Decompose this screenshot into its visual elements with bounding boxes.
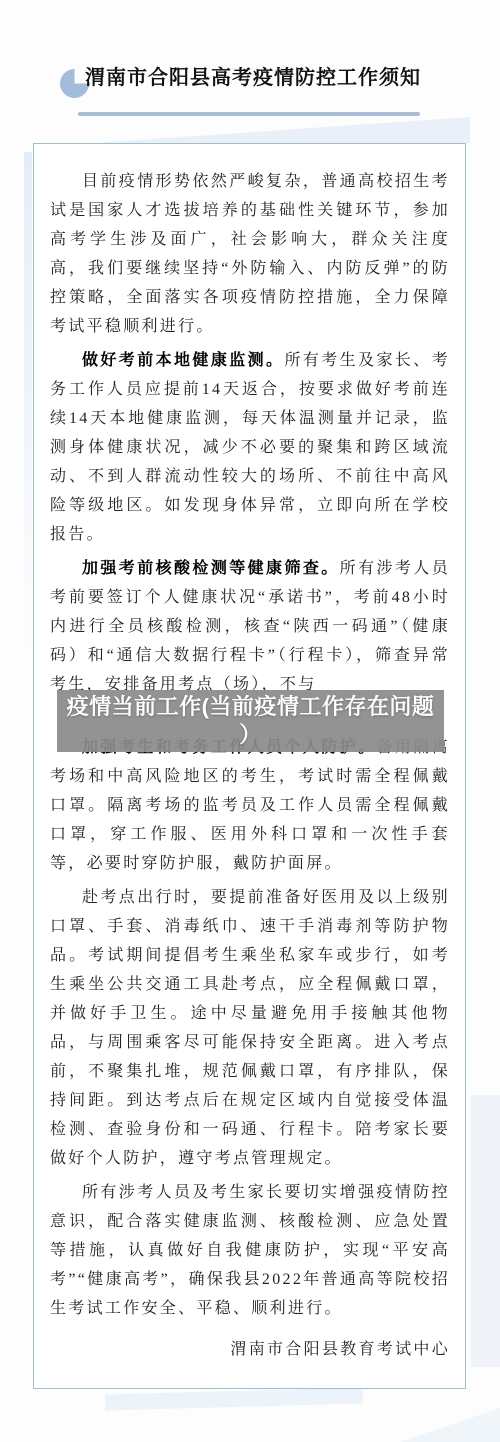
notice-page: 渭南市合阳县高考疫情防控工作须知 目前疫情形势依然严峻复杂，普通高校招生考试是国…	[0, 0, 500, 1442]
paragraph-heading: 加强考前核酸检测等健康筛查。	[82, 560, 340, 577]
paragraph-closing: 所有涉考人员及考生家长要切实增强疫情防控意识，配合落实健康监测、核酸检测、应急处…	[50, 1178, 450, 1323]
paragraph-nucleic-screening: 加强考前核酸检测等健康筛查。所有涉考人员考前要签订个人健康状况“承诺书”，考前4…	[50, 554, 450, 699]
bg-right-band	[471, 1095, 500, 1367]
title-underline	[78, 112, 420, 116]
paragraph-text: 备用隔离考场和中高风险地区的考生，考试时需全程佩戴口罩。隔离考场的监考员及工作人…	[50, 739, 450, 872]
paragraph-text: 所有考生及家长、考务工作人员应提前14天返合，按要求做好考前连续14天本地健康监…	[50, 352, 450, 543]
paragraph-text: 所有涉考人员考前要签订个人健康状况“承诺书”，考前48小时内进行全员核酸检测，核…	[50, 560, 450, 693]
notice-body: 目前疫情形势依然严峻复杂，普通高校招生考试是国家人才选拔培养的基础性关键环节，参…	[33, 143, 466, 1389]
paragraph-health-monitoring: 做好考前本地健康监测。所有考生及家长、考务工作人员应提前14天返合，按要求做好考…	[50, 346, 450, 549]
overlay-caption-line2: ）	[239, 721, 262, 749]
bg-top-wedge	[95, 117, 470, 143]
overlay-caption-banner: 疫情当前工作(当前疫情工作存在问题 ）	[57, 690, 444, 752]
paragraph-text: 目前疫情形势依然严峻复杂，普通高校招生考试是国家人才选拔培养的基础性关键环节，参…	[50, 173, 450, 335]
paragraph-text: 赴考点出行时，要提前准备好医用及以上级别口罩、手套、消毒纸巾、速干手消毒剂等防护…	[50, 889, 450, 1167]
bg-left-strip	[24, 152, 32, 712]
page-title: 渭南市合阳县高考疫情防控工作须知	[85, 63, 465, 94]
signature: 渭南市合阳县教育考试中心	[50, 1335, 450, 1364]
bg-corner-wedge	[400, 1408, 500, 1442]
bg-bottom-wedge	[105, 1387, 363, 1410]
paragraph-personal-protection: 加强考生和考务工作人员个人防护。备用隔离考场和中高风险地区的考生，考试时需全程佩…	[50, 733, 450, 878]
overlay-caption-line1: 疫情当前工作(当前疫情工作存在问题	[67, 693, 435, 721]
paragraph-intro: 目前疫情形势依然严峻复杂，普通高校招生考试是国家人才选拔培养的基础性关键环节，参…	[50, 167, 450, 341]
paragraph-heading: 做好考前本地健康监测。	[82, 352, 284, 369]
paragraph-text: 所有涉考人员及考生家长要切实增强疫情防控意识，配合落实健康监测、核酸检测、应急处…	[50, 1184, 450, 1317]
paragraph-travel-guidance: 赴考点出行时，要提前准备好医用及以上级别口罩、手套、消毒纸巾、速干手消毒剂等防护…	[50, 883, 450, 1173]
